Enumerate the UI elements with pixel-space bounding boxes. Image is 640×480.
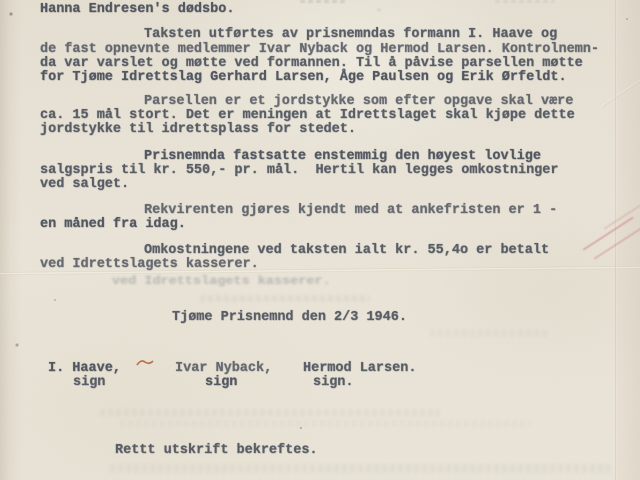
parsellen-paragraph-line-1: Parsellen er et jordstykke som efter opg… [144, 95, 573, 109]
document-text-layer: Hanna Endresen's dødsbo.Taksten utførtes… [0, 0, 640, 480]
signature-sign-2: sign [205, 376, 237, 390]
pris-paragraph-line-2: salgspris til kr. 550,- pr. mål. Hertil … [40, 164, 558, 178]
parsellen-paragraph-line-2: ca. 15 mål stort. Det er meningen at Idr… [40, 109, 575, 123]
vertical-fold-line [615, 0, 617, 480]
anke-paragraph-line-1: Rekvirenten gjøres kjendt med at ankefri… [144, 204, 557, 218]
pris-paragraph-line-1: Prisnemnda fastsatte enstemmig den høyes… [144, 150, 541, 164]
signature-name-3: Hermod Larsen. [303, 362, 416, 376]
signature-sign-3: sign. [313, 376, 354, 390]
anke-paragraph-line-2: en måned fra idag. [40, 218, 186, 232]
taksten-paragraph-line-2: de fast opnevnte medlemmer Ivar Nyback o… [40, 43, 599, 57]
orange-pen-mark [136, 357, 156, 369]
certification-line: Rettt utskrift bekreftes. [115, 444, 318, 458]
signature-name-1: I. Haave, [48, 362, 121, 376]
signature-name-2: Ivar Nyback, [175, 362, 272, 376]
signature-sign-1: sign [73, 376, 105, 390]
pris-paragraph-line-3: ved salget. [40, 178, 129, 192]
estate-heading-line: Hanna Endresen's dødsbo. [40, 3, 234, 17]
taksten-paragraph-line-1: Taksten utførtes av prisnemndas formann … [144, 28, 557, 42]
paper-specks [0, 0, 2, 2]
scanned-document-page: ved Idrettslagets kasserer. Hanna Endres… [0, 0, 640, 480]
taksten-paragraph-line-4: for Tjøme Idrettslag Gerhard Larsen, Åge… [40, 71, 567, 85]
date-line: Tjøme Prisnemnd den 2/3 1946. [172, 311, 407, 325]
taksten-paragraph-line-3: da var varslet og møtte ved formannen. T… [40, 57, 583, 71]
parsellen-paragraph-line-3: jordstykke til idrettsplass for stedet. [40, 123, 356, 137]
omkostninger-paragraph-line-1: Omkostningene ved taksten ialt kr. 55,4o… [144, 244, 549, 258]
